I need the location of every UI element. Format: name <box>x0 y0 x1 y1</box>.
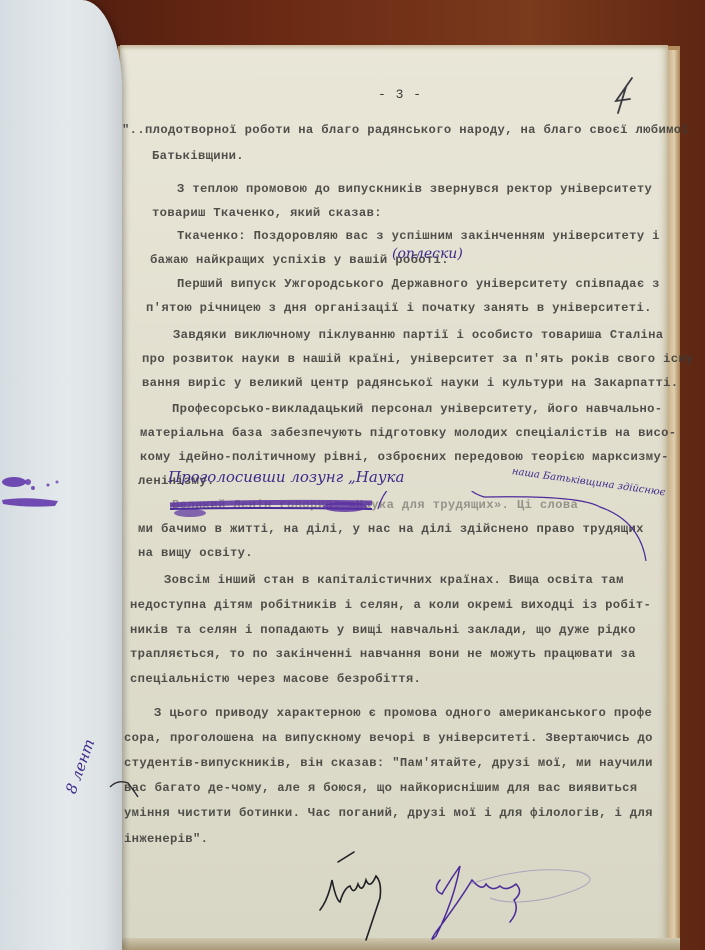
typed-line: ників та селян і попадають у вищі навчал… <box>130 623 636 637</box>
typed-line: уміння чистити ботинки. Час поганий, дру… <box>124 806 653 820</box>
typed-line: п'ятою річницею з дня організації і поча… <box>146 301 652 315</box>
page-number: - 3 - <box>378 87 422 102</box>
typed-line: спеціальністю через масове безробіття. <box>130 672 421 686</box>
typed-line: сора, проголошена на випускному вечорі в… <box>124 731 653 745</box>
typed-line: про розвиток науки в нашій країні, уніве… <box>142 352 694 366</box>
typed-line: матеріальна база забезпечують підготовку… <box>140 426 676 440</box>
ink-blot <box>0 470 70 515</box>
document-content: - 3 - "..плодотворної роботи на благо ра… <box>120 45 668 950</box>
signatures <box>310 840 630 950</box>
typed-line: недоступна дітям робітників і селян, а к… <box>130 598 651 612</box>
typed-line: "..плодотворної роботи на благо радянськ… <box>122 123 689 137</box>
typed-line: Зовсім інший стан в капіталістичних краї… <box>164 573 624 587</box>
typed-line: інженерів". <box>124 832 208 846</box>
strikethrough-and-bracket <box>160 491 690 571</box>
typed-line: З теплою промовою до випускників звернув… <box>177 182 652 196</box>
typed-line: студентів-випускників, він сказав: "Пам'… <box>124 756 653 770</box>
margin-hook-mark <box>108 775 148 805</box>
typed-line: Завдяки виключному піклуванню партії і о… <box>173 328 663 342</box>
signature-black <box>320 852 381 940</box>
typed-line: Батьківщини. <box>152 149 244 163</box>
typed-line: вас багато де-чому, але я боюся, що найк… <box>124 781 637 795</box>
typed-line: кому ідейно-політичному рівні, озброєних… <box>140 450 669 464</box>
handwritten-applause-note: (оплески) <box>392 246 463 262</box>
typed-line: Перший випуск Ужгородського Державного у… <box>177 277 660 291</box>
handwritten-insertion: Проголосивши лозунг „Наука <box>168 468 404 486</box>
typed-line: Професорсько-викладацький персонал уніве… <box>172 402 662 416</box>
folio-number-handwritten <box>602 75 642 115</box>
typed-line: товариш Ткаченко, який сказав: <box>152 206 382 220</box>
typed-line: вання виріс у великий центр радянської н… <box>142 376 678 390</box>
typed-line: З цього приводу характерною є промова од… <box>154 706 652 720</box>
typed-line: Ткаченко: Поздоровляю вас з успішним зак… <box>177 229 660 243</box>
signature-violet <box>432 866 520 939</box>
typed-line: трапляється, то по закінченні навчання в… <box>130 647 636 661</box>
